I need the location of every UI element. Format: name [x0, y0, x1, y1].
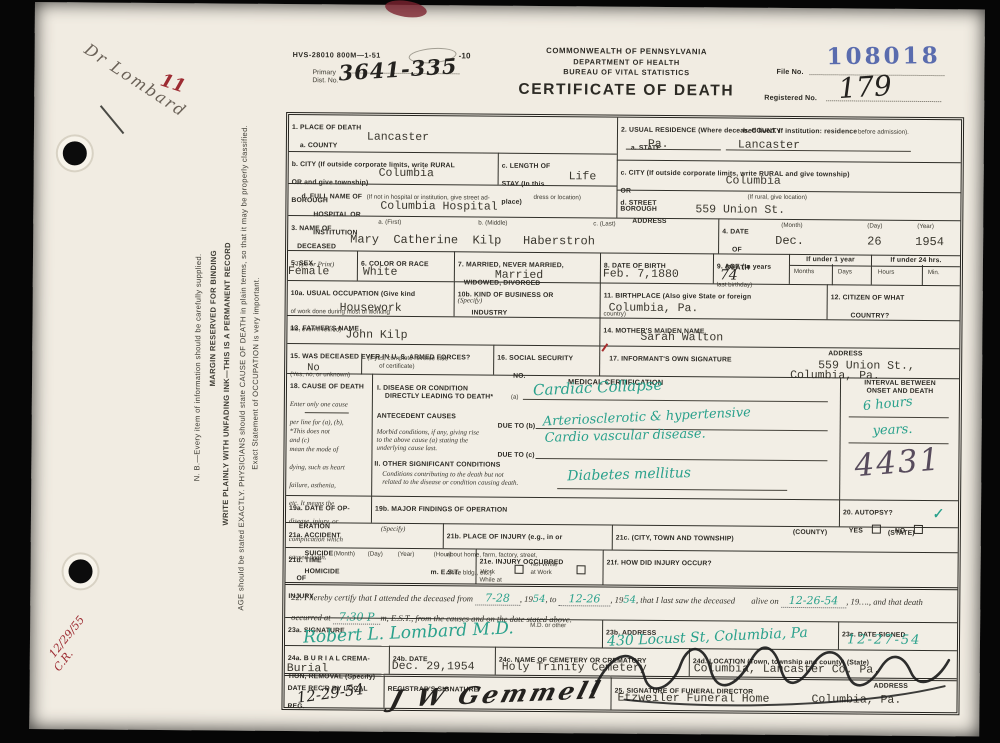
injury-place-label: 21b. PLACE OF INJURY (e.g., in or	[447, 533, 563, 541]
primary-dist-label-2: Dist. No.	[312, 77, 338, 85]
injury-est-label: m. E.S.T.	[430, 569, 459, 578]
months-label: Months	[794, 268, 814, 276]
not-while-checkbox	[577, 565, 586, 574]
length-label: c. LENGTH OF	[502, 163, 551, 170]
cert-text-1: 22. I hereby certify that I attended the…	[291, 592, 473, 603]
cert-from-year: 54	[533, 594, 546, 605]
marital-value: Married	[495, 269, 543, 282]
field-date-of-operation: 19a. DATE OF OP- ERATION	[286, 495, 371, 523]
min-label: Min.	[928, 269, 940, 277]
field-physician-signature: 23a. SIGNATURE M.D. or other Robert L. L…	[285, 617, 602, 647]
while-at-work-label-2: Work	[481, 569, 495, 577]
hours-label: Hours	[878, 269, 895, 277]
margin-note-nb: N. B.—Every item of information should b…	[191, 33, 205, 701]
dod-day: 26	[867, 235, 882, 249]
field-time-of-injury: 21d. TIME (Month) (Day) (Year) (Hour) OF…	[285, 547, 475, 583]
field-street-address: d. STREET (If rural, give location) ADDR…	[616, 190, 960, 221]
registered-no-label: Registered No.	[764, 93, 817, 102]
street-value: 559 Union St.	[695, 203, 785, 217]
field-interval: INTERVAL BETWEEN ONSET AND DEATH 6 hours…	[839, 377, 959, 500]
pencil-code-value: 4431	[853, 441, 942, 484]
other-conditions-note-2: related to the disease or condition caus…	[382, 479, 518, 489]
cert-text-6: alive on	[751, 596, 779, 606]
father-value: John Kilp	[345, 328, 407, 341]
margin-note-permanent-record: WRITE PLAINLY WITH UNFADING INK—THIS IS …	[220, 138, 233, 628]
cert-text-3: , to	[545, 594, 556, 604]
antecedent-label: ANTECEDENT CAUSES	[377, 413, 456, 422]
field-res-city: c. CITY (If outside corporate limits, wr…	[617, 160, 961, 193]
agency-block: COMMONWEALTH OF PENNSYLVANIA DEPARTMENT …	[486, 46, 766, 102]
cert-text-2: , 19	[520, 594, 533, 604]
operation-findings-label: 19b. MAJOR FINDINGS OF OPERATION	[375, 506, 507, 514]
cert-text-4: , 19	[610, 595, 623, 605]
days-label: Days	[838, 268, 852, 276]
birthplace-label: 11. BIRTHPLACE (Also give State or forei…	[604, 292, 752, 300]
physician-signature-value: Robert L. Lombard M.D.	[303, 618, 514, 647]
registered-no-value: 179	[837, 69, 892, 105]
field-industry: 10b. KIND OF BUSINESS OR INDUSTRY	[454, 281, 600, 317]
interval-b-value: years.	[872, 422, 912, 439]
occupation-value: Housework	[340, 301, 402, 314]
operation-date-label: 19a. DATE OF OP-	[289, 505, 350, 512]
injury-month-label: (Month)	[334, 550, 355, 558]
name-title: 3. NAME OF	[291, 225, 331, 232]
red-stamp-smudge	[384, 0, 428, 20]
citizen-label: 12. CITIZEN OF WHAT	[831, 294, 905, 302]
field-ssn: 16. SOCIAL SECURITY NO.	[493, 345, 599, 376]
field-sex: 5. SEX Female	[288, 250, 357, 281]
armed-forces-note2b: of certificate)	[379, 363, 414, 371]
field-birthplace: 11. BIRTHPLACE (Also give State or forei…	[600, 282, 827, 319]
field-hospital: d. FULL NAME OF (If not in hospital or i…	[288, 183, 616, 218]
field-date-of-death: 4. DATE OF DEATH (Month) (Day) (Year) De…	[718, 218, 960, 255]
residence-title-2: before admission).	[858, 128, 909, 136]
age-value: 74	[720, 267, 738, 283]
field-age: 9. AGE (In years last birthday) 74	[713, 253, 789, 284]
cause-b-value-2: Cardio vascular disease.	[544, 426, 705, 445]
field-occupation: 10a. USUAL OCCUPATION (Give kind of work…	[288, 280, 454, 316]
injury-year-label: (Year)	[398, 551, 415, 559]
informant-label: 17. INFORMANT'S OWN SIGNATURE	[609, 356, 732, 364]
field-medical-certification: MEDICAL CERTIFICATION I. DISEASE OR COND…	[371, 374, 840, 500]
mother-value: Sarah Walton	[640, 331, 723, 345]
interval-a-value: 6 hours	[862, 394, 913, 414]
field-burial: 24a. B U R I A L CREMA- TION, REMOVAL (S…	[285, 645, 389, 674]
date-received-value: 12-29-54	[296, 680, 365, 707]
field-place-of-injury: 21b. PLACE OF INJURY (e.g., in or about …	[443, 523, 612, 549]
dod-title: 4. DATE	[722, 228, 749, 235]
cause-a-value: Cardiac Collapse	[533, 376, 663, 400]
funeral-director-signature	[584, 629, 957, 716]
under-24h-label: If under 24 hrs.	[872, 256, 960, 268]
certificate-title: CERTIFICATE OF DEATH	[486, 80, 766, 102]
field-length-of-stay: c. LENGTH OF STAY (In this place) Life	[498, 153, 617, 186]
due-to-c-label: DUE TO (c)	[497, 452, 534, 461]
last-label: c. (Last)	[593, 220, 615, 228]
field-place-of-death: 1. PLACE OF DEATH a. COUNTY Lancaster	[289, 115, 617, 154]
city-value: Columbia	[379, 167, 434, 180]
dod-year: 1954	[915, 235, 944, 249]
cert-alive-date: 12-26-54	[781, 594, 847, 609]
autopsy-label: 20. AUTOPSY?	[843, 509, 893, 516]
dod-month-label: (Month)	[781, 222, 802, 230]
field-burial-date: 24b. DATE Dec. 29,1954	[389, 646, 495, 675]
md-or-other-label: M.D. or other	[530, 622, 566, 630]
a-tag: (a)	[511, 394, 519, 401]
certificate-header: HVS-28010 800M—1-51 -10 Primary Dist. No…	[286, 38, 959, 115]
armed-forces-note2: (If yes, complete reverse side	[367, 355, 448, 363]
field-city-borough: b. CITY (If outside corporate limits, wr…	[289, 151, 498, 185]
street-label: d. STREET	[620, 200, 656, 207]
agency-line-3: BUREAU OF VITAL STATISTICS	[486, 67, 766, 78]
cert-to-date: 12-26	[559, 592, 611, 606]
occupation-label: 10a. USUAL OCCUPATION (Give kind	[291, 290, 416, 298]
cause-title: 18. CAUSE OF DEATH	[290, 383, 364, 391]
under-1yr-label: If under 1 year	[790, 255, 871, 267]
not-while-label: Not While	[531, 561, 558, 569]
certificate-paper: Dr Lombard 11 12/29/55 C.R. N. B.—Every …	[29, 2, 985, 736]
field-name-of-deceased: 3. NAME OF DECEASED (Type or Print) a. (…	[288, 215, 718, 253]
injury-state-label: (STATE)	[888, 530, 915, 539]
field-age-under-24h: If under 24 hrs. Hours Min.	[871, 255, 960, 286]
field-marital-status: 7. MARRIED, NEVER MARRIED, WIDOWED, DIVO…	[454, 251, 600, 282]
ash-label: 21a. ACCIDENT	[289, 532, 341, 539]
hospital-label: d. FULL NAME OF	[301, 193, 362, 200]
stamp-suffix: -10	[459, 51, 471, 61]
while-at-work-checkbox	[515, 565, 524, 574]
dob-value: Feb. 7,1880	[603, 267, 679, 281]
res-county-label: b. COUNTY	[743, 128, 781, 137]
field-age-under-1yr: If under 1 year Months Days	[789, 254, 871, 285]
injury-county-label: (COUNTY)	[793, 529, 828, 538]
dod-title-2: OF	[732, 246, 742, 253]
other-conditions-label: II. OTHER SIGNIFICANT CONDITIONS	[374, 461, 500, 470]
injury-city-label: 21c. (CITY, TOWN AND TOWNSHIP)	[616, 535, 734, 543]
punch-hole-bottom	[63, 554, 97, 588]
first-label: a. (First)	[378, 219, 401, 227]
red-check-mark	[601, 343, 608, 351]
field-father-name: 13. FATHER'S NAME John Kilp	[287, 315, 599, 345]
birthplace-value: Columbia, Pa.	[609, 302, 699, 316]
race-value: White	[363, 266, 398, 279]
certificate-form-grid: 1. PLACE OF DEATH a. COUNTY Lancaster b.…	[281, 112, 964, 715]
hospital-value: Columbia Hospital	[380, 200, 497, 214]
dod-month: Dec.	[775, 234, 804, 248]
ssn-label: 16. SOCIAL SECURITY	[497, 355, 573, 363]
informant-address-label: ADDRESS	[828, 350, 862, 359]
county-label: a. COUNTY	[300, 142, 338, 149]
file-no-stamp: 108018	[826, 42, 940, 70]
name-value: Mary Catherine Kilp Haberstroh	[350, 232, 595, 248]
field-cause-of-death-notes: 18. CAUSE OF DEATH Enter only one cause …	[286, 373, 372, 496]
street-note: (If rural, give location)	[747, 194, 807, 202]
ash-specify: (Specify)	[381, 526, 406, 535]
field-injury-city: 21c. (CITY, TOWN AND TOWNSHIP) (COUNTY) …	[612, 525, 958, 553]
field-certification-statement: 22. I hereby certify that I attended the…	[285, 582, 957, 622]
injury-day-label: (Day)	[368, 551, 383, 559]
dod-year-label: (Year)	[917, 223, 934, 231]
registrar-signature-value: J W Gemmell	[387, 675, 607, 713]
due-to-b-label: DUE TO (b)	[498, 423, 536, 432]
field-armed-forces: 15. WAS DECEASED EVER IN U. S. ARMED FOR…	[287, 343, 493, 375]
morbid-note-3: underlying cause last.	[376, 445, 437, 454]
field-citizen: 12. CITIZEN OF WHAT COUNTRY?	[827, 284, 960, 320]
file-no-label: File No.	[776, 67, 803, 76]
punch-hole-top	[58, 136, 92, 170]
sex-value: Female	[288, 265, 330, 278]
cert-text-5: , that I last saw the deceased	[636, 595, 735, 606]
burial-date-value: Dec. 29,1954	[392, 660, 475, 674]
field-autopsy: 20. AUTOPSY? YES NO ✓	[839, 499, 958, 527]
field-date-of-birth: 8. DATE OF BIRTH Feb. 7,1880	[600, 252, 713, 283]
scanned-death-certificate: Dr Lombard 11 12/29/55 C.R. N. B.—Every …	[0, 0, 1000, 743]
field-color-race: 6. COLOR OR RACE White	[357, 251, 454, 282]
field-injury-occurred: 21e. INJURY OCCURRED While at Work Not W…	[475, 548, 602, 584]
autopsy-no-checkmark: ✓	[931, 506, 944, 522]
field-registrar-signature: REGISTRAR'S SIGNATURE J W Gemmell	[383, 674, 610, 710]
pencil-slash-mark	[100, 105, 124, 134]
res-city-value: Columbia	[726, 174, 781, 187]
injury-time-label: 21d. TIME	[289, 557, 322, 564]
injury-time-label-2: OF	[296, 575, 306, 582]
margin-note-age-exactly: AGE should be stated EXACTLY. PHYSICIANS…	[236, 34, 250, 702]
hospital-note-2: dress or location)	[533, 194, 581, 202]
margin-note-occupation: Exact Statement of OCCUPATION is very im…	[249, 144, 262, 604]
field-date-received: DATE REC'D BY LOCAL REG. 12-29-54	[284, 673, 383, 708]
cert-from-date: 7-28	[475, 591, 520, 605]
field-informant: 17. INFORMANT'S OWN SIGNATURE ADDRESS 55…	[599, 345, 959, 378]
injury-hour-label: (Hour)	[434, 551, 452, 559]
cause-b-value: Arteriosclerotic & hypertensive	[543, 405, 752, 429]
industry-label: 10b. KIND OF BUSINESS OR	[458, 291, 554, 299]
margin-note-binding: MARGIN RESERVED FOR BINDING	[208, 198, 219, 438]
disease-label-2: DIRECTLY LEADING TO DEATH*	[385, 393, 493, 402]
middle-label: b. (Middle)	[478, 219, 507, 227]
other-conditions-value: Diabetes mellitus	[567, 465, 691, 484]
field-accident-suicide-homicide: 21a. ACCIDENT (Specify) SUICIDE HOMICIDE	[286, 522, 443, 548]
field-how-injury-occurred: 21f. HOW DID INJURY OCCUR?	[602, 549, 957, 587]
dod-day-label: (Day)	[867, 223, 882, 231]
length-value: Life	[569, 170, 597, 183]
how-injury-label: 21f. HOW DID INJURY OCCUR?	[607, 560, 712, 568]
field-mother-name: 14. MOTHER'S MAIDEN NAME Sarah Walton	[599, 317, 959, 348]
place-of-death-title: 1. PLACE OF DEATH	[292, 124, 361, 132]
field-usual-residence: 2. USUAL RESIDENCE (Where deceased lived…	[617, 118, 961, 163]
cause-note1: Enter only one cause	[290, 401, 348, 408]
cert-to-year: 54	[623, 595, 636, 606]
not-while-label-2: at Work	[531, 569, 552, 577]
county-value: Lancaster	[367, 131, 429, 144]
residence-title: 2. USUAL RESIDENCE (Where deceased lived…	[621, 127, 857, 136]
field-operation-findings: 19b. MAJOR FINDINGS OF OPERATION	[371, 496, 839, 527]
